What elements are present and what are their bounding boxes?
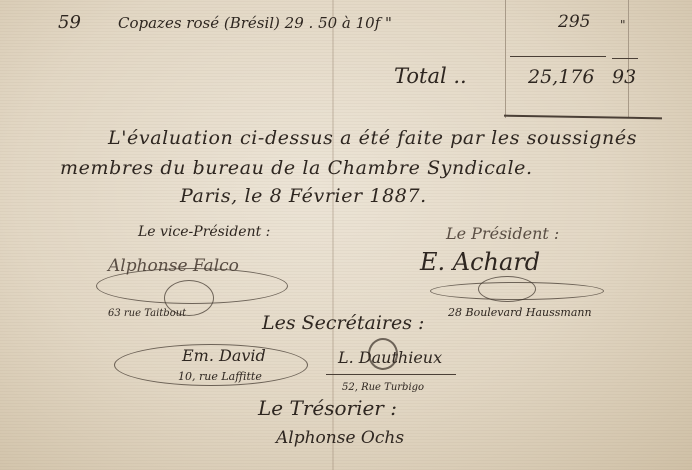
- treasurer-signature: Alphonse Ochs: [276, 428, 404, 448]
- secretaries-title: Les Secrétaires :: [262, 312, 424, 334]
- total-amount: 25,176: [528, 66, 594, 88]
- president-title: Le Président :: [446, 224, 559, 243]
- line-item: Copazes rosé (Brésil) 29 . 50 à 10f ": [118, 14, 392, 32]
- statement-line-2: membres du bureau de la Chambre Syndical…: [60, 157, 533, 179]
- total-label: Total ..: [394, 64, 467, 88]
- subtotal-rule: [510, 56, 606, 57]
- president-loop: [478, 276, 536, 302]
- secretary-2-underline: [326, 374, 456, 375]
- secretary-1-address: 10, rue Laffitte: [178, 370, 262, 383]
- secretary-2-address: 52, Rue Turbigo: [342, 382, 424, 393]
- line-number: 59: [58, 12, 81, 33]
- line-cents: ": [620, 18, 626, 32]
- president-signature: E. Achard: [420, 248, 540, 276]
- statement-line-1: L'évaluation ci-dessus a été faite par l…: [108, 127, 637, 149]
- secretary-2-loop: [368, 338, 398, 370]
- place-date: Paris, le 8 Février 1887.: [180, 185, 427, 207]
- subtotal-rule-cents: [612, 58, 638, 59]
- president-address: 28 Boulevard Haussmann: [448, 306, 592, 319]
- treasurer-title: Le Trésorier :: [258, 396, 397, 420]
- line-amount: 295: [558, 12, 590, 32]
- vice-president-title: Le vice-Président :: [138, 224, 270, 240]
- vice-president-address: 63 rue Taitbout: [108, 308, 186, 319]
- total-cents: 93: [612, 66, 636, 88]
